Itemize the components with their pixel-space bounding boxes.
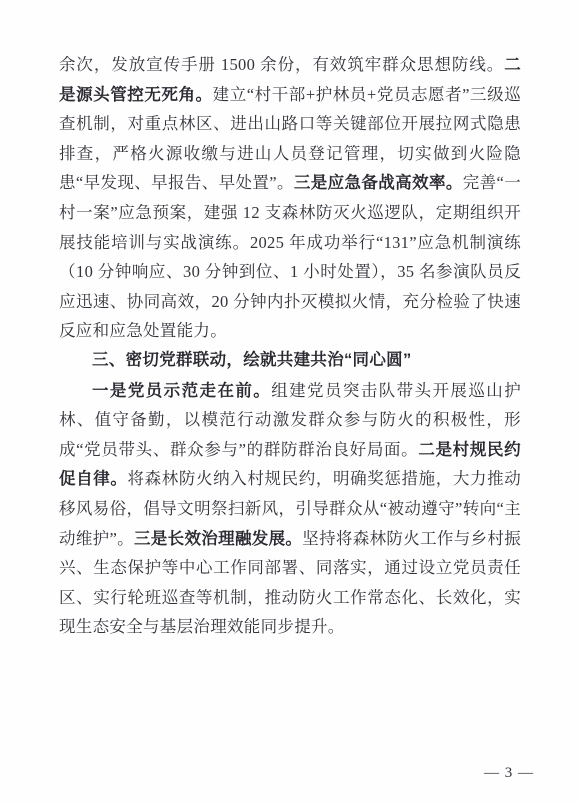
page-number: — 3 — [484, 763, 534, 783]
emphasis-run: 一是党员示范走在前。 [92, 381, 271, 400]
document-page: 余次，发放宣传手册 1500 余份，有效筑牢群众思想防线。二是源头管控无死角。建… [0, 0, 578, 803]
emphasis-run: 三、密切党群联动，绘就共建共治“同心圆” [92, 351, 412, 369]
emphasis-run: 三是应急备战高效率。 [294, 173, 463, 192]
text-run: 余次，发放宣传手册 1500 余份，有效筑牢群众思想防线。 [59, 55, 504, 74]
text-run: 完善“一村一案”应急预案，建强 12 支森林防灭火巡逻队，定期组织开展技能培训与… [59, 173, 521, 340]
document-body: 余次，发放宣传手册 1500 余份，有效筑牢群众思想防线。二是源头管控无死角。建… [59, 50, 521, 642]
paragraph: 一是党员示范走在前。组建党员突击队带头开展巡山护林、值守备勤，以模范行动激发群众… [59, 376, 521, 642]
section-heading: 三、密切党群联动，绘就共建共治“同心圆” [59, 346, 521, 376]
emphasis-run: 三是长效治理融发展。 [134, 529, 302, 548]
paragraph: 余次，发放宣传手册 1500 余份，有效筑牢群众思想防线。二是源头管控无死角。建… [59, 50, 521, 346]
